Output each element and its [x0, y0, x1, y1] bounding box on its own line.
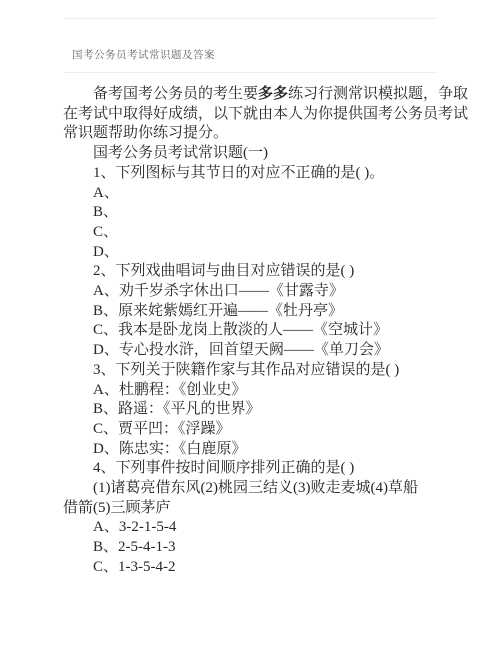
- text-segment: 3、下列关于陕籍作家与其作品对应错误的是( ): [93, 362, 399, 378]
- option-line: B、原来姹紫嫣红开遍——《牡丹亭》: [63, 302, 443, 322]
- option-line: D、陈忠实：《白鹿原》: [63, 440, 443, 460]
- intro-line: 在考试中取得好成绩，以下就由本人为你提供国考公务员考试: [63, 105, 443, 125]
- question-line: 1、下列图标与其节日的对应不正确的是( )。: [63, 164, 443, 184]
- option-line: B、: [63, 203, 443, 223]
- text-segment: B、路遥：《平凡的世界》: [93, 401, 261, 417]
- option-line: B、2-5-4-1-3: [63, 538, 443, 558]
- option-line: B、路遥：《平凡的世界》: [63, 400, 443, 420]
- text-segment: D、专心投水浒，回首望天阙——《单刀会》: [93, 342, 389, 358]
- question-line: 2、下列戏曲唱词与曲目对应错误的是( ): [63, 262, 443, 282]
- option-line: D、: [63, 243, 443, 263]
- document-header-title: 国考公务员考试常识题及答案: [72, 47, 215, 62]
- continuation-line: 借箭(5)三顾茅庐: [63, 499, 443, 519]
- text-segment: (1)诸葛亮借东风(2)桃园三结义(3)败走麦城(4)草船: [93, 480, 418, 496]
- document-body: 备考国考公务员的考生要多多练习行测常识模拟题，争取在考试中取得好成绩，以下就由本…: [63, 85, 443, 578]
- header-divider-top: [64, 18, 437, 19]
- text-segment: B、: [93, 204, 118, 220]
- text-segment: B、2-5-4-1-3: [93, 539, 176, 555]
- option-line: C、1-3-5-4-2: [63, 558, 443, 578]
- text-segment: 1、下列图标与其节日的对应不正确的是( )。: [93, 165, 384, 181]
- text-segment: 借箭(5)三顾茅庐: [63, 500, 171, 516]
- text-segment: A、劝千岁杀字休出口——《甘露寺》: [93, 283, 344, 299]
- text-segment: 常识题帮助你练习提分。: [63, 125, 228, 141]
- option-line: C、: [63, 223, 443, 243]
- text-segment: 2、下列戏曲唱词与曲目对应错误的是( ): [93, 263, 354, 279]
- question-line: (1)诸葛亮借东风(2)桃园三结义(3)败走麦城(4)草船: [63, 479, 443, 499]
- text-segment: 4、下列事件按时间顺序排列正确的是( ): [93, 460, 354, 476]
- text-segment: C、贾平凹：《浮躁》: [93, 421, 231, 437]
- text-segment: D、: [93, 244, 119, 260]
- text-segment: 备考国考公务员的考生要: [93, 86, 258, 102]
- emphasized-text: 多多: [258, 86, 288, 102]
- document-page: 国考公务员考试常识题及答案 备考国考公务员的考生要多多练习行测常识模拟题，争取在…: [0, 0, 500, 647]
- text-segment: B、原来姹紫嫣红开遍——《牡丹亭》: [93, 303, 343, 319]
- text-segment: 国考公务员考试常识题(一): [93, 145, 268, 161]
- option-line: A、杜鹏程：《创业史》: [63, 381, 443, 401]
- option-line: C、我本是卧龙岗上散淡的人——《空城计》: [63, 321, 443, 341]
- header-divider-bottom: [64, 72, 437, 73]
- text-segment: C、: [93, 224, 118, 240]
- intro-line: 备考国考公务员的考生要多多练习行测常识模拟题，争取: [63, 85, 443, 105]
- text-segment: 在考试中取得好成绩，以下就由本人为你提供国考公务员考试: [63, 106, 468, 122]
- text-segment: C、我本是卧龙岗上散淡的人——《空城计》: [93, 322, 388, 338]
- text-segment: C、1-3-5-4-2: [93, 559, 176, 575]
- question-line: 3、下列关于陕籍作家与其作品对应错误的是( ): [63, 361, 443, 381]
- intro-line: 常识题帮助你练习提分。: [63, 124, 443, 144]
- option-line: A、劝千岁杀字休出口——《甘露寺》: [63, 282, 443, 302]
- text-segment: A、杜鹏程：《创业史》: [93, 382, 246, 398]
- text-segment: 练习行测常识模拟题，争取: [288, 86, 468, 102]
- option-line: A、: [63, 184, 443, 204]
- option-line: C、贾平凹：《浮躁》: [63, 420, 443, 440]
- option-line: D、专心投水浒，回首望天阙——《单刀会》: [63, 341, 443, 361]
- text-segment: D、陈忠实：《白鹿原》: [93, 441, 246, 457]
- option-line: A、3-2-1-5-4: [63, 518, 443, 538]
- text-segment: A、3-2-1-5-4: [93, 519, 176, 535]
- text-segment: A、: [93, 185, 119, 201]
- section-title: 国考公务员考试常识题(一): [63, 144, 443, 164]
- question-line: 4、下列事件按时间顺序排列正确的是( ): [63, 459, 443, 479]
